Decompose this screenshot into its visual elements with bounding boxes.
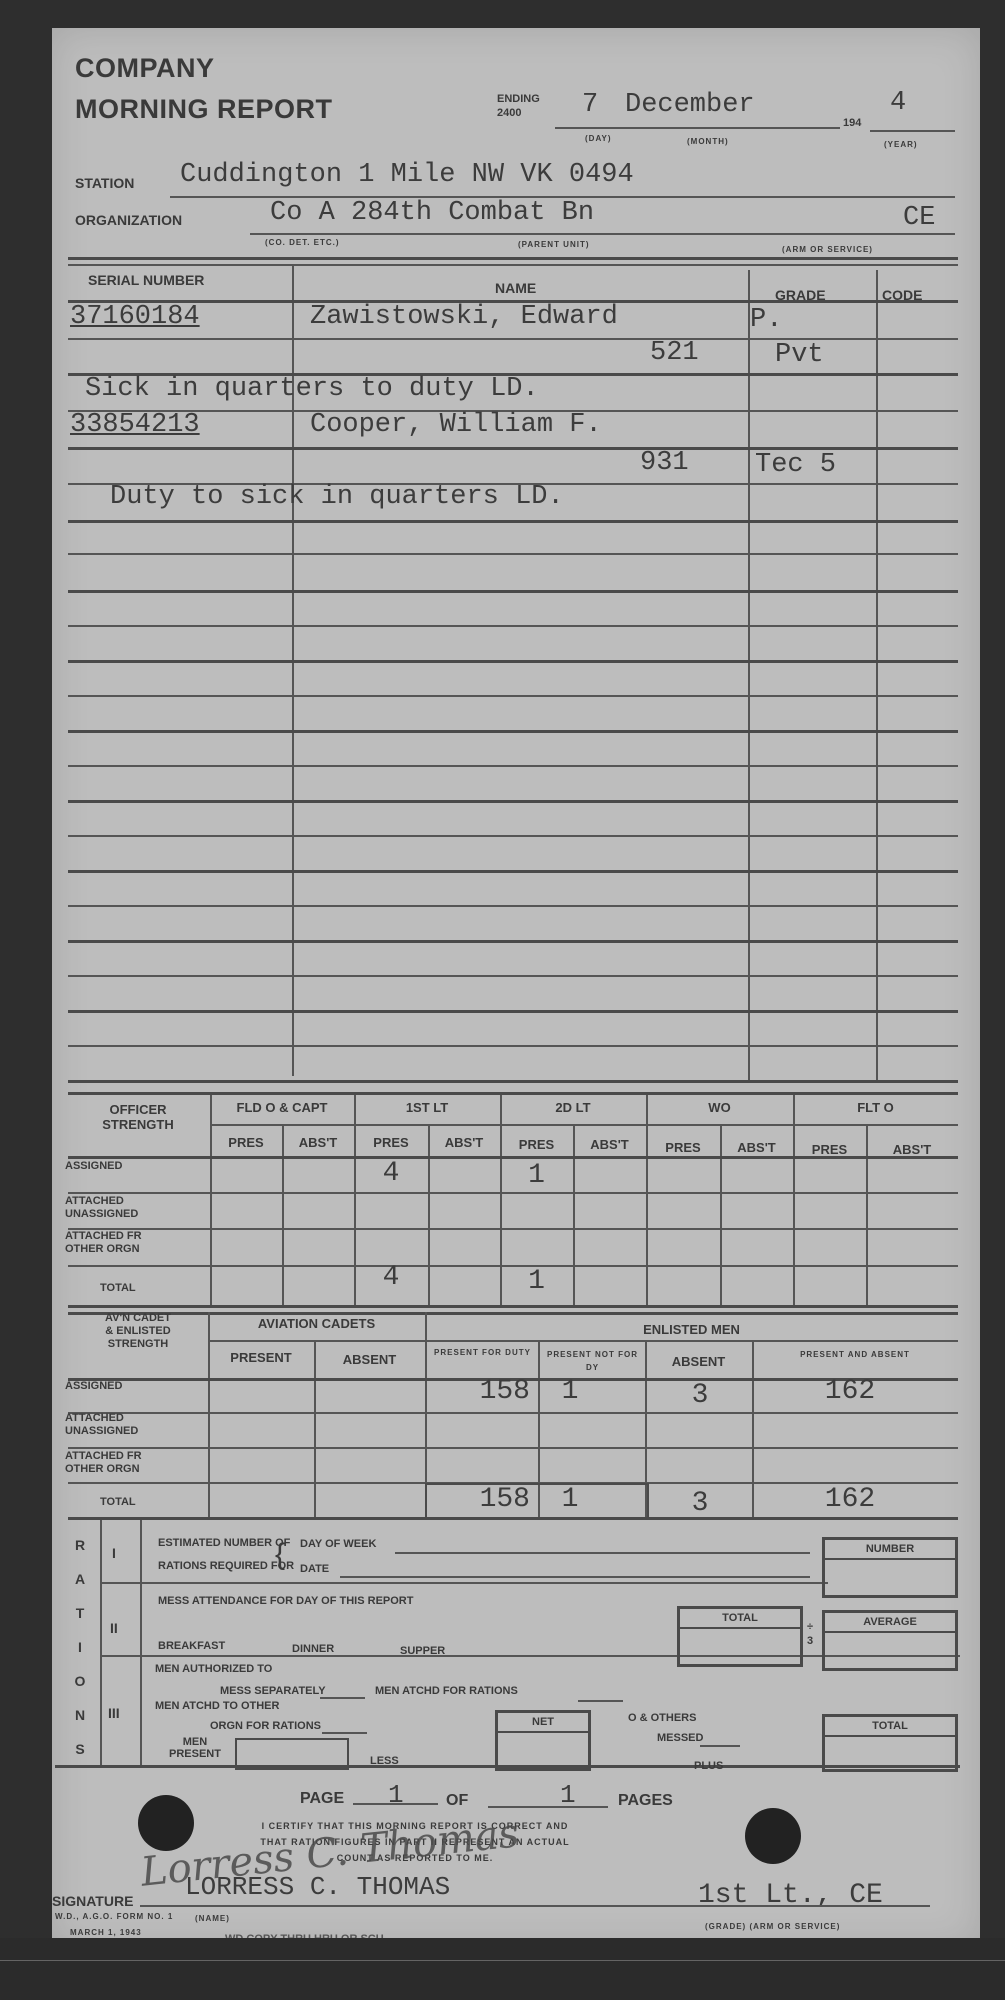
report-year: 4	[890, 88, 906, 118]
brace: {	[275, 1535, 285, 1575]
enlisted-total-present-for-duty: 158	[440, 1484, 530, 1515]
row-label-attached-unassigned: ATTACHED UNASSIGNED	[65, 1195, 175, 1221]
enlisted-assigned-present-not-for-duty: 1	[540, 1376, 600, 1407]
mos-code: 521	[650, 338, 699, 368]
less-label: LESS	[370, 1755, 399, 1767]
month-caption: (MONTH)	[687, 137, 729, 146]
sub-pres: PRES	[210, 1135, 282, 1150]
row-label-total: TOTAL	[100, 1282, 136, 1294]
form-date: MARCH 1, 1943	[70, 1928, 142, 1937]
row-label-attached-unassigned: ATTACHED UNASSIGNED	[65, 1412, 175, 1438]
form-title-line2: MORNING REPORT	[75, 93, 333, 125]
officer-1st-lt-total-pres: 4	[354, 1262, 428, 1293]
sub-pres: PRES	[793, 1142, 866, 1157]
scan-border	[0, 1938, 1005, 2000]
enlisted-total-present-not-for-duty: 1	[540, 1484, 600, 1515]
arm-value: CE	[903, 203, 935, 233]
signature-label: SIGNATURE	[52, 1893, 133, 1909]
sub-pres: PRES	[500, 1137, 573, 1152]
grade: Tec 5	[755, 450, 836, 480]
organization-value: Co A 284th Combat Bn	[270, 198, 594, 228]
group-aviation-cadets: AVIATION CADETS	[208, 1316, 425, 1331]
men-atchd-for-rations-label: MEN ATCHD FOR RATIONS	[375, 1685, 518, 1697]
organization-label: ORGANIZATION	[75, 212, 182, 228]
group-enlisted-men: ENLISTED MEN	[425, 1322, 958, 1337]
net-box[interactable]: NET	[495, 1710, 591, 1771]
day-caption: (DAY)	[585, 134, 611, 143]
enlisted-strength-title: AV'N CADET & ENLISTED STRENGTH	[68, 1312, 208, 1351]
group-2d-lt: 2D LT	[500, 1100, 646, 1115]
section-iii: III	[108, 1705, 120, 1721]
form-title-line1: COMPANY	[75, 52, 215, 84]
grade-caption: (GRADE) (ARM OR SERVICE)	[705, 1922, 840, 1931]
mos-code: 931	[640, 448, 689, 478]
enlisted-assigned-absent: 3	[670, 1380, 730, 1411]
scan-scratch	[0, 1960, 1005, 1961]
enlisted-total-absent: 3	[670, 1488, 730, 1519]
name-initial: P.	[750, 305, 782, 335]
enlisted-total-present-and-absent: 162	[790, 1484, 910, 1515]
number-label: NUMBER	[825, 1540, 955, 1560]
enlisted-assigned-present-for-duty: 158	[440, 1376, 530, 1407]
sub-abst: ABS'T	[282, 1135, 354, 1150]
sub-pres: PRES	[354, 1135, 428, 1150]
serial-number: 37160184	[70, 302, 200, 332]
number-box[interactable]: NUMBER	[822, 1537, 958, 1598]
page-label: PAGE	[300, 1790, 344, 1808]
enlisted-assigned-present-and-absent: 162	[790, 1376, 910, 1407]
row-label-attached-other: ATTACHED FR OTHER ORGN	[65, 1450, 175, 1476]
section-ii: II	[110, 1620, 118, 1636]
rations-required-label: RATIONS REQUIRED FOR	[158, 1560, 294, 1572]
net-label: NET	[498, 1713, 588, 1733]
year-prefix: 194	[843, 117, 861, 129]
messed-label: MESSED	[657, 1732, 703, 1744]
officer-1st-lt-assigned-pres: 4	[354, 1158, 428, 1189]
sub-pres: PRES	[646, 1140, 720, 1155]
punch-hole	[745, 1808, 801, 1864]
row-label-assigned: ASSIGNED	[65, 1160, 122, 1172]
section-i: I	[112, 1545, 116, 1561]
average-box[interactable]: AVERAGE	[822, 1610, 958, 1671]
col-cadets-present: PRESENT	[208, 1350, 314, 1365]
men-present-label: MEN PRESENT	[155, 1736, 235, 1760]
ending-label: ENDING	[497, 93, 540, 105]
sub-abst: ABS'T	[428, 1135, 500, 1150]
mess-separately-label: MESS SEPARATELY	[220, 1685, 326, 1697]
officer-strength-title: OFFICER STRENGTH	[68, 1102, 208, 1132]
date-label: DATE	[300, 1563, 329, 1575]
soldier-name: Cooper, William F.	[310, 410, 602, 440]
group-wo: WO	[646, 1100, 793, 1115]
men-present-box[interactable]	[235, 1738, 349, 1770]
row-label-attached-other: ATTACHED FR OTHER ORGN	[65, 1230, 175, 1256]
rations-side-label: R A T I O N S	[70, 1528, 90, 1766]
mess-total-box[interactable]: TOTAL	[677, 1606, 803, 1667]
men-atchd-other-label: MEN ATCHD TO OTHER	[155, 1700, 279, 1712]
average-label: AVERAGE	[825, 1613, 955, 1633]
sub-abst: ABS'T	[720, 1140, 793, 1155]
divide-by-three: ÷ 3	[803, 1620, 817, 1648]
col-name: NAME	[495, 280, 536, 296]
col-present-not-for-duty: PRESENT NOT FOR DY	[540, 1348, 645, 1374]
station-label: STATION	[75, 175, 134, 191]
estimated-number-label: ESTIMATED NUMBER OF	[158, 1537, 290, 1549]
mess-attendance-label: MESS ATTENDANCE FOR DAY OF THIS REPORT	[158, 1595, 413, 1607]
report-month: December	[625, 90, 755, 120]
org-caption-parent: (PARENT UNIT)	[518, 240, 590, 249]
station-value: Cuddington 1 Mile NW VK 0494	[180, 160, 634, 190]
pages-label: PAGES	[618, 1792, 673, 1810]
group-1st-lt: 1ST LT	[354, 1100, 500, 1115]
grade: Pvt	[775, 340, 824, 370]
row-label-assigned: ASSIGNED	[65, 1380, 122, 1392]
dinner-label: DINNER	[292, 1643, 334, 1655]
breakfast-label: BREAKFAST	[158, 1640, 225, 1652]
plus-label: PLUS	[694, 1760, 723, 1772]
ending-time: 2400	[497, 107, 521, 119]
org-caption-co: (CO. DET. ETC.)	[265, 238, 340, 247]
group-flt-o: FLT O	[793, 1100, 958, 1115]
page-number: 1	[388, 1780, 404, 1810]
o-others-label: O & OTHERS	[628, 1712, 696, 1724]
rations-total-box[interactable]: TOTAL	[822, 1714, 958, 1772]
group-fld-o-capt: FLD O & CAPT	[210, 1100, 354, 1115]
col-enlisted-absent: ABSENT	[645, 1354, 752, 1369]
report-day: 7	[582, 90, 598, 120]
remark: Sick in quarters to duty LD.	[85, 374, 539, 404]
org-caption-arm: (ARM OR SERVICE)	[782, 245, 873, 254]
name-caption: (NAME)	[195, 1914, 230, 1923]
col-serial-number: SERIAL NUMBER	[88, 272, 204, 288]
officer-2d-lt-assigned-pres: 1	[500, 1160, 573, 1191]
sub-abst: ABS'T	[866, 1142, 958, 1157]
men-authorized-label: MEN AUTHORIZED TO	[155, 1663, 272, 1675]
signer-name: LORRESS C. THOMAS	[185, 1872, 450, 1902]
officer-2d-lt-total-pres: 1	[500, 1266, 573, 1297]
col-cadets-absent: ABSENT	[314, 1352, 425, 1367]
day-of-week-label: DAY OF WEEK	[300, 1538, 376, 1550]
sub-abst: ABS'T	[573, 1137, 646, 1152]
row-label-total: TOTAL	[100, 1496, 136, 1508]
of-label: OF	[446, 1792, 468, 1810]
serial-number: 33854213	[70, 410, 200, 440]
orgn-for-rations-label: ORGN FOR RATIONS	[210, 1720, 321, 1732]
col-present-for-duty: PRESENT FOR DUTY	[430, 1346, 535, 1359]
supper-label: SUPPER	[400, 1645, 445, 1657]
col-present-and-absent: PRESENT AND ABSENT	[760, 1348, 950, 1361]
mess-total-label: TOTAL	[680, 1609, 800, 1629]
remark: Duty to sick in quarters LD.	[110, 482, 564, 512]
rations-total-label: TOTAL	[825, 1717, 955, 1737]
form-number: W.D., A.G.O. FORM NO. 1	[55, 1912, 173, 1921]
year-caption: (YEAR)	[884, 140, 918, 149]
soldier-name: Zawistowski, Edward	[310, 302, 618, 332]
